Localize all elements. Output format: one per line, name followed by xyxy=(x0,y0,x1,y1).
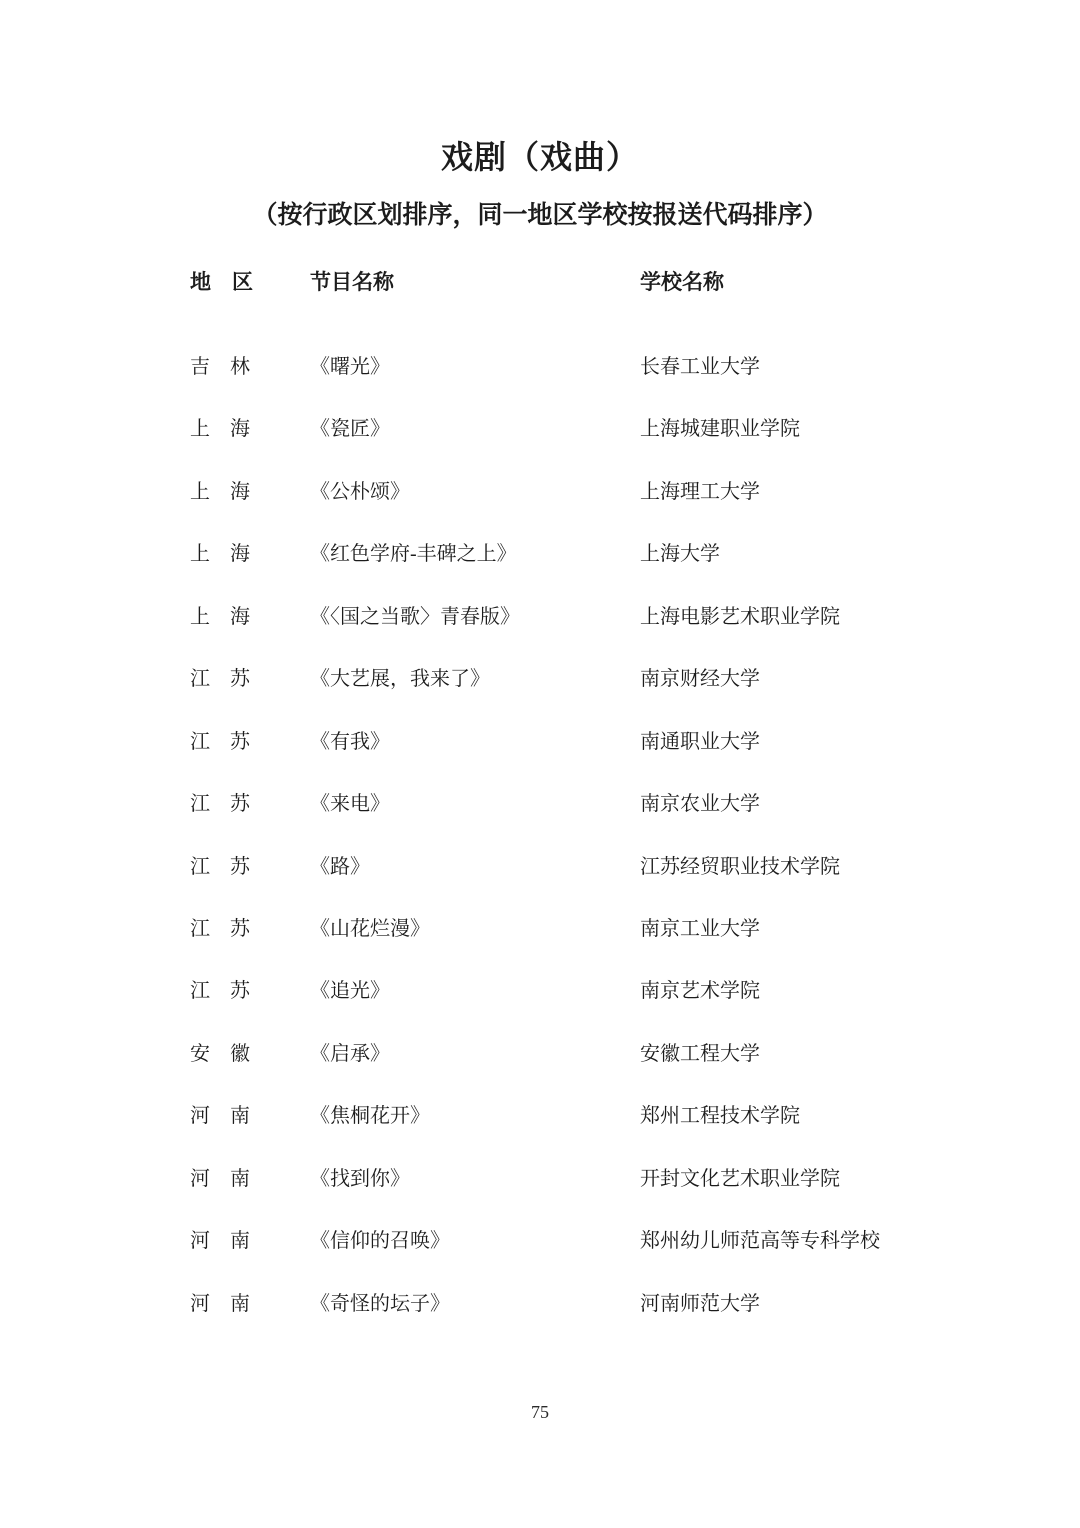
table-row: 河 南 《找到你》 开封文化艺术职业学院 xyxy=(190,1167,990,1229)
school-cell: 上海理工大学 xyxy=(640,480,990,504)
region-cell: 上 海 xyxy=(190,480,310,504)
school-cell: 南通职业大学 xyxy=(640,730,990,754)
region-cell: 河 南 xyxy=(190,1167,310,1191)
school-cell: 上海城建职业学院 xyxy=(640,417,990,441)
table-row: 上 海 《〈国之当歌〉青春版》 上海电影艺术职业学院 xyxy=(190,605,990,667)
program-cell: 《追光》 xyxy=(310,979,640,1003)
program-cell: 《信仰的召唤》 xyxy=(310,1229,640,1253)
program-cell: 《找到你》 xyxy=(310,1167,640,1191)
program-cell: 《红色学府-丰碑之上》 xyxy=(310,542,640,566)
school-cell: 郑州工程技术学院 xyxy=(640,1104,990,1128)
region-cell: 吉 林 xyxy=(190,355,310,379)
table-row: 河 南 《焦桐花开》 郑州工程技术学院 xyxy=(190,1104,990,1166)
school-cell: 南京工业大学 xyxy=(640,917,990,941)
program-cell: 《瓷匠》 xyxy=(310,417,640,441)
column-header-program: 节目名称 xyxy=(310,270,640,295)
program-table: 地 区 节目名称 学校名称 吉 林 《曙光》 长春工业大学 上 海 《瓷匠》 上… xyxy=(190,270,990,1354)
region-cell: 河 南 xyxy=(190,1292,310,1316)
region-cell: 江 苏 xyxy=(190,855,310,879)
school-cell: 开封文化艺术职业学院 xyxy=(640,1167,990,1191)
school-cell: 上海大学 xyxy=(640,542,990,566)
program-cell: 《大艺展，我来了》 xyxy=(310,667,640,691)
program-cell: 《焦桐花开》 xyxy=(310,1104,640,1128)
table-row: 江 苏 《路》 江苏经贸职业技术学院 xyxy=(190,855,990,917)
program-cell: 《〈国之当歌〉青春版》 xyxy=(310,605,640,629)
column-header-region: 地 区 xyxy=(190,270,310,295)
table-row: 江 苏 《追光》 南京艺术学院 xyxy=(190,979,990,1041)
region-cell: 江 苏 xyxy=(190,730,310,754)
program-cell: 《公朴颂》 xyxy=(310,480,640,504)
table-row: 上 海 《公朴颂》 上海理工大学 xyxy=(190,480,990,542)
program-cell: 《曙光》 xyxy=(310,355,640,379)
program-cell: 《来电》 xyxy=(310,792,640,816)
school-cell: 南京财经大学 xyxy=(640,667,990,691)
region-cell: 安 徽 xyxy=(190,1042,310,1066)
region-cell: 上 海 xyxy=(190,417,310,441)
page-subtitle: （按行政区划排序，同一地区学校按报送代码排序） xyxy=(0,195,1080,231)
region-cell: 江 苏 xyxy=(190,792,310,816)
column-header-school: 学校名称 xyxy=(640,270,990,295)
table-row: 吉 林 《曙光》 长春工业大学 xyxy=(190,355,990,417)
table-row: 江 苏 《有我》 南通职业大学 xyxy=(190,730,990,792)
region-cell: 江 苏 xyxy=(190,917,310,941)
region-cell: 江 苏 xyxy=(190,979,310,1003)
school-cell: 南京艺术学院 xyxy=(640,979,990,1003)
table-body: 吉 林 《曙光》 长春工业大学 上 海 《瓷匠》 上海城建职业学院 上 海 《公… xyxy=(190,355,990,1354)
table-header-row: 地 区 节目名称 学校名称 xyxy=(190,270,990,355)
school-cell: 长春工业大学 xyxy=(640,355,990,379)
page-title: 戏剧（戏曲） xyxy=(0,132,1080,178)
school-cell: 河南师范大学 xyxy=(640,1292,990,1316)
school-cell: 上海电影艺术职业学院 xyxy=(640,605,990,629)
table-row: 江 苏 《山花烂漫》 南京工业大学 xyxy=(190,917,990,979)
table-row: 上 海 《瓷匠》 上海城建职业学院 xyxy=(190,417,990,479)
document-page: 戏剧（戏曲） （按行政区划排序，同一地区学校按报送代码排序） 地 区 节目名称 … xyxy=(0,0,1080,1528)
region-cell: 江 苏 xyxy=(190,667,310,691)
school-cell: 南京农业大学 xyxy=(640,792,990,816)
table-row: 江 苏 《大艺展，我来了》 南京财经大学 xyxy=(190,667,990,729)
school-cell: 安徽工程大学 xyxy=(640,1042,990,1066)
program-cell: 《奇怪的坛子》 xyxy=(310,1292,640,1316)
program-cell: 《路》 xyxy=(310,855,640,879)
program-cell: 《有我》 xyxy=(310,730,640,754)
region-cell: 上 海 xyxy=(190,605,310,629)
school-cell: 郑州幼儿师范高等专科学校 xyxy=(640,1229,990,1253)
table-row: 河 南 《奇怪的坛子》 河南师范大学 xyxy=(190,1292,990,1354)
region-cell: 上 海 xyxy=(190,542,310,566)
region-cell: 河 南 xyxy=(190,1104,310,1128)
table-row: 安 徽 《启承》 安徽工程大学 xyxy=(190,1042,990,1104)
region-cell: 河 南 xyxy=(190,1229,310,1253)
table-row: 上 海 《红色学府-丰碑之上》 上海大学 xyxy=(190,542,990,604)
program-cell: 《山花烂漫》 xyxy=(310,917,640,941)
page-number: 75 xyxy=(0,1402,1080,1423)
school-cell: 江苏经贸职业技术学院 xyxy=(640,855,990,879)
program-cell: 《启承》 xyxy=(310,1042,640,1066)
table-row: 江 苏 《来电》 南京农业大学 xyxy=(190,792,990,854)
table-row: 河 南 《信仰的召唤》 郑州幼儿师范高等专科学校 xyxy=(190,1229,990,1291)
